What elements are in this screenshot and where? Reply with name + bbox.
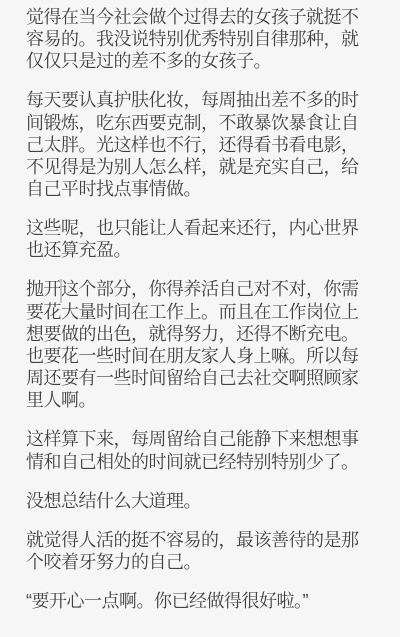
paragraph-1: 觉得在当今社会做个过得去的女孩子就挺不 容易的。我没说特别优秀特别自律那种，就 …: [26, 6, 374, 73]
article-body[interactable]: 觉得在当今社会做个过得去的女孩子就挺不 容易的。我没说特别优秀特别自律那种，就 …: [0, 0, 400, 612]
paragraph-7: 就觉得人活的挺不容易的，最该善待的是那 个咬着牙努力的自己。: [26, 529, 374, 573]
paragraph-3: 这些呢，也只能让人看起来还行，内心世界 也还算充盈。: [26, 217, 374, 261]
paragraph-2: 每天要认真护肤化妆，每周抽出差不多的时 间锻炼，吃东西要克制，不敢暴饮暴食让自 …: [26, 89, 374, 200]
text-page: 觉得在当今社会做个过得去的女孩子就挺不 容易的。我没说特别优秀特别自律那种，就 …: [0, 0, 400, 637]
paragraph-4: 抛开这个部分，你得养活自己对不对，你需 要花大量时间在工作上。而且在工作岗位上 …: [26, 278, 374, 411]
text-caret: [60, 279, 62, 303]
paragraph-8: “要开心一点啊。你已经做得很好啦。”: [26, 590, 374, 612]
paragraph-6: 没想总结什么大道理。: [26, 490, 374, 512]
paragraph-5: 这样算下来，每周留给自己能静下来想想事 情和自己相处的时间就已经特别特别少了。: [26, 428, 374, 472]
